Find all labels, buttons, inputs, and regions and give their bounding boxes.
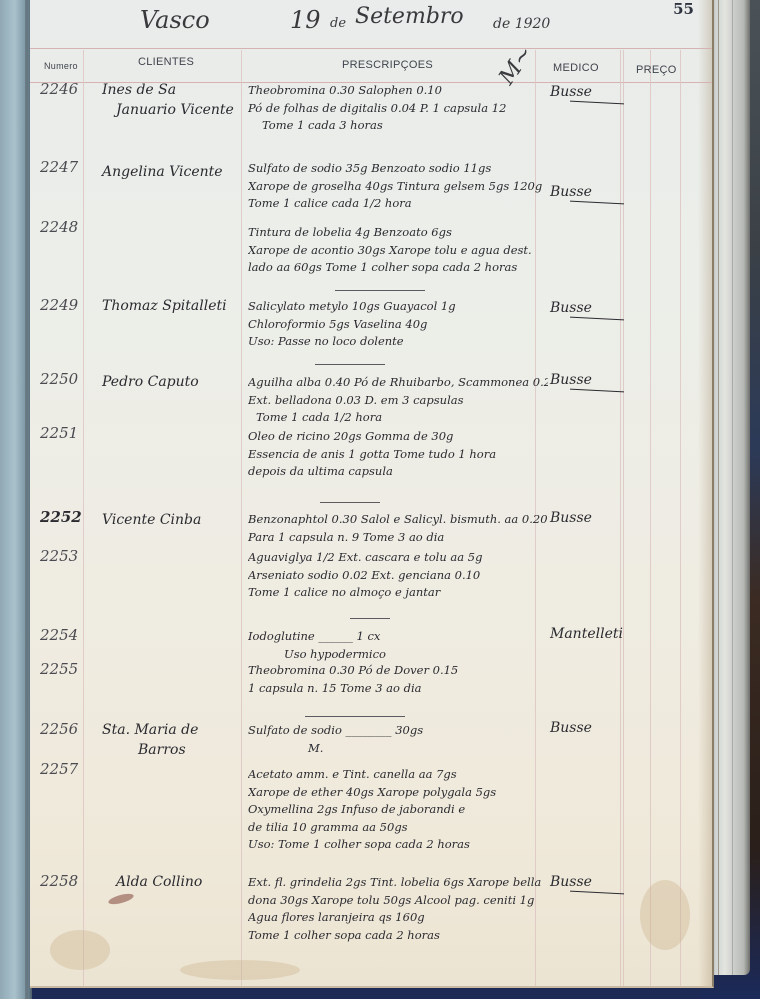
entry-number: 2250: [40, 370, 78, 388]
prescription-line: Tome 1 colher sopa cada 2 horas: [248, 927, 548, 945]
prescription-line: Tome 1 calice cada 1/2 hora: [248, 195, 548, 213]
entry-doctor: Busse: [550, 84, 592, 100]
page-number: 55: [673, 0, 694, 18]
entry-doctor: Mantelleti: [550, 626, 623, 642]
column-header-clientes: CLIENTES: [138, 56, 194, 68]
ledger-page: 55 Vasco 19 de Setembro de 1920 M~ Numer…: [30, 0, 714, 988]
prescription-line: M.: [248, 740, 548, 758]
entry-prescription: Theobromina 0.30 Salophen 0.10 Pó de fol…: [248, 82, 548, 135]
prescription-line: Agua flores laranjeira qs 160g: [248, 909, 548, 927]
page-stack-edge: [708, 0, 750, 975]
entry-doctor: Busse: [550, 874, 592, 890]
prescription-line: Pó de folhas de digitalis 0.04 P. 1 caps…: [248, 100, 548, 118]
column-header-numero: Numero: [44, 61, 78, 71]
entry-prescription: Aguaviglya 1/2 Ext. cascara e tolu aa 5g…: [248, 549, 548, 602]
prescription-line: Benzonaphtol 0.30 Salol e Salicyl. bismu…: [248, 511, 548, 529]
client-line: Januario Vicente: [102, 100, 247, 120]
entry-prescription: Sulfato de sodio 35g Benzoato sodio 11gs…: [248, 160, 548, 213]
prescription-line: Acetato amm. e Tint. canella aa 7gs: [248, 766, 548, 784]
prescription-line: Sulfato de sodio ________ 30gs: [248, 722, 548, 740]
prescription-line: Aguilha alba 0.40 Pó de Rhuibarbo, Scamm…: [248, 374, 548, 392]
entry-doctor: Busse: [550, 720, 592, 736]
entry-client: Pedro Caputo: [102, 372, 247, 392]
prescription-line: Iodoglutine ______ 1 cx: [248, 628, 548, 646]
entry-prescription: Tintura de lobelia 4g Benzoato 6gs Xarop…: [248, 224, 548, 277]
header-rule-top: [30, 48, 712, 49]
entry-number: 2252: [40, 508, 82, 526]
entry-doctor: Busse: [550, 510, 592, 526]
book-cover-left: [0, 0, 32, 999]
entry-client: Vicente Cinba: [102, 510, 247, 530]
prescription-line: lado aa 60gs Tome 1 colher sopa cada 2 h…: [248, 259, 548, 277]
prescription-line: Oxymellina 2gs Infuso de jaborandi e: [248, 801, 548, 819]
heading-year: de 1920: [493, 16, 550, 32]
client-line: Thomaz Spitalleti: [102, 296, 247, 316]
separator-stroke: [315, 364, 385, 365]
prescription-line: Arseniato sodio 0.02 Ext. genciana 0.10: [248, 567, 548, 585]
entry-doctor: Busse: [550, 372, 592, 388]
prescription-line: de tilia 10 gramma aa 50gs: [248, 819, 548, 837]
entry-number: 2247: [40, 158, 78, 176]
prescription-line: Theobromina 0.30 Salophen 0.10: [248, 82, 548, 100]
entry-prescription: Theobromina 0.30 Pó de Dover 0.15 1 caps…: [248, 662, 548, 697]
prescription-line: depois da ultima capsula: [248, 463, 548, 481]
entry-doctor: Busse: [550, 184, 592, 200]
prescription-line: Para 1 capsula n. 9 Tome 3 ao dia: [248, 529, 548, 547]
entry-number: 2248: [40, 218, 78, 236]
entry-client: Alda Collino: [102, 872, 247, 892]
entry-prescription: Iodoglutine ______ 1 cx Uso hypodermico: [248, 628, 548, 663]
entry-prescription: Acetato amm. e Tint. canella aa 7gs Xaro…: [248, 766, 548, 854]
prescription-line: Tintura de lobelia 4g Benzoato 6gs: [248, 224, 548, 242]
client-line: Angelina Vicente: [102, 162, 247, 182]
entry-client: Angelina Vicente: [102, 162, 247, 182]
entry-prescription: Salicylato metylo 10gs Guayacol 1g Chlor…: [248, 298, 548, 351]
entry-client: Ines de Sa Januario Vicente: [102, 80, 247, 120]
entry-prescription: Sulfato de sodio ________ 30gs M.: [248, 722, 548, 757]
prescription-line: Chloroformio 5gs Vaselina 40g: [248, 316, 548, 334]
column-rule-preco-inner: [650, 50, 651, 988]
heading-place: Vasco: [140, 6, 210, 34]
entry-client: Sta. Maria de Barros: [102, 720, 247, 760]
column-header-medico: MEDICO: [553, 62, 599, 74]
prescription-line: 1 capsula n. 15 Tome 3 ao dia: [248, 680, 548, 698]
entry-prescription: Ext. fl. grindelia 2gs Tint. lobelia 6gs…: [248, 874, 548, 944]
client-line: Barros: [102, 740, 247, 760]
column-rule-numero: [83, 50, 84, 988]
paper-stain: [180, 960, 300, 980]
separator-stroke: [350, 618, 390, 619]
client-line: Alda Collino: [116, 872, 247, 892]
separator-stroke: [320, 502, 380, 503]
prescription-line: dona 30gs Xarope tolu 50gs Alcool pag. c…: [248, 892, 548, 910]
paper-stain: [640, 880, 690, 950]
prescription-line: Theobromina 0.30 Pó de Dover 0.15: [248, 662, 548, 680]
entry-prescription: Oleo de ricino 20gs Gomma de 30g Essenci…: [248, 428, 548, 481]
prescription-line: Xarope de groselha 40gs Tintura gelsem 5…: [248, 178, 548, 196]
entry-number: 2255: [40, 660, 78, 678]
entry-number: 2254: [40, 626, 78, 644]
prescription-line: Salicylato metylo 10gs Guayacol 1g: [248, 298, 548, 316]
entry-prescription: Aguilha alba 0.40 Pó de Rhuibarbo, Scamm…: [248, 374, 548, 427]
paper-stain: [50, 930, 110, 970]
client-line: Vicente Cinba: [102, 510, 247, 530]
entry-number: 2253: [40, 547, 78, 565]
separator-stroke: [305, 716, 405, 717]
prescription-line: Ext. fl. grindelia 2gs Tint. lobelia 6gs…: [248, 874, 548, 892]
entry-doctor: Busse: [550, 300, 592, 316]
column-header-prescricoes: PRESCRIPÇOES: [342, 59, 433, 71]
prescription-line: Uso: Passe no loco dolente: [248, 333, 548, 351]
heading-day: 19: [290, 6, 321, 34]
entry-prescription: Benzonaphtol 0.30 Salol e Salicyl. bismu…: [248, 511, 548, 546]
entry-number: 2246: [40, 80, 78, 98]
heading-de: de: [330, 16, 346, 31]
heading-month: Setembro: [355, 4, 464, 29]
entry-number: 2257: [40, 760, 78, 778]
ink-stain: [107, 892, 134, 906]
entry-number: 2249: [40, 296, 78, 314]
entry-number: 2251: [40, 424, 78, 442]
entry-number: 2258: [40, 872, 78, 890]
client-line: Sta. Maria de: [102, 720, 247, 740]
prescription-line: Oleo de ricino 20gs Gomma de 30g: [248, 428, 548, 446]
prescription-line: Xarope de acontio 30gs Xarope tolu e agu…: [248, 242, 548, 260]
prescription-line: Sulfato de sodio 35g Benzoato sodio 11gs: [248, 160, 548, 178]
prescription-line: Tome 1 cada 3 horas: [248, 117, 548, 135]
entry-client: Thomaz Spitalleti: [102, 296, 247, 316]
client-line: Pedro Caputo: [102, 372, 247, 392]
column-header-preco: PREÇO: [636, 64, 677, 76]
column-rule-preco-inner-2: [680, 50, 681, 988]
prescription-line: Essencia de anis 1 gotta Tome tudo 1 hor…: [248, 446, 548, 464]
entry-number: 2256: [40, 720, 78, 738]
client-line: Ines de Sa: [102, 80, 247, 100]
prescription-line: Ext. belladona 0.03 D. em 3 capsulas: [248, 392, 548, 410]
prescription-line: Tome 1 cada 1/2 hora: [248, 409, 548, 427]
column-rule-medico: [620, 50, 621, 988]
prescription-line: Xarope de ether 40gs Xarope polygala 5gs: [248, 784, 548, 802]
prescription-line: Uso hypodermico: [248, 646, 548, 664]
prescription-line: Aguaviglya 1/2 Ext. cascara e tolu aa 5g: [248, 549, 548, 567]
prescription-line: Uso: Tome 1 colher sopa cada 2 horas: [248, 836, 548, 854]
separator-stroke: [335, 290, 425, 291]
prescription-line: Tome 1 calice no almoço e jantar: [248, 584, 548, 602]
